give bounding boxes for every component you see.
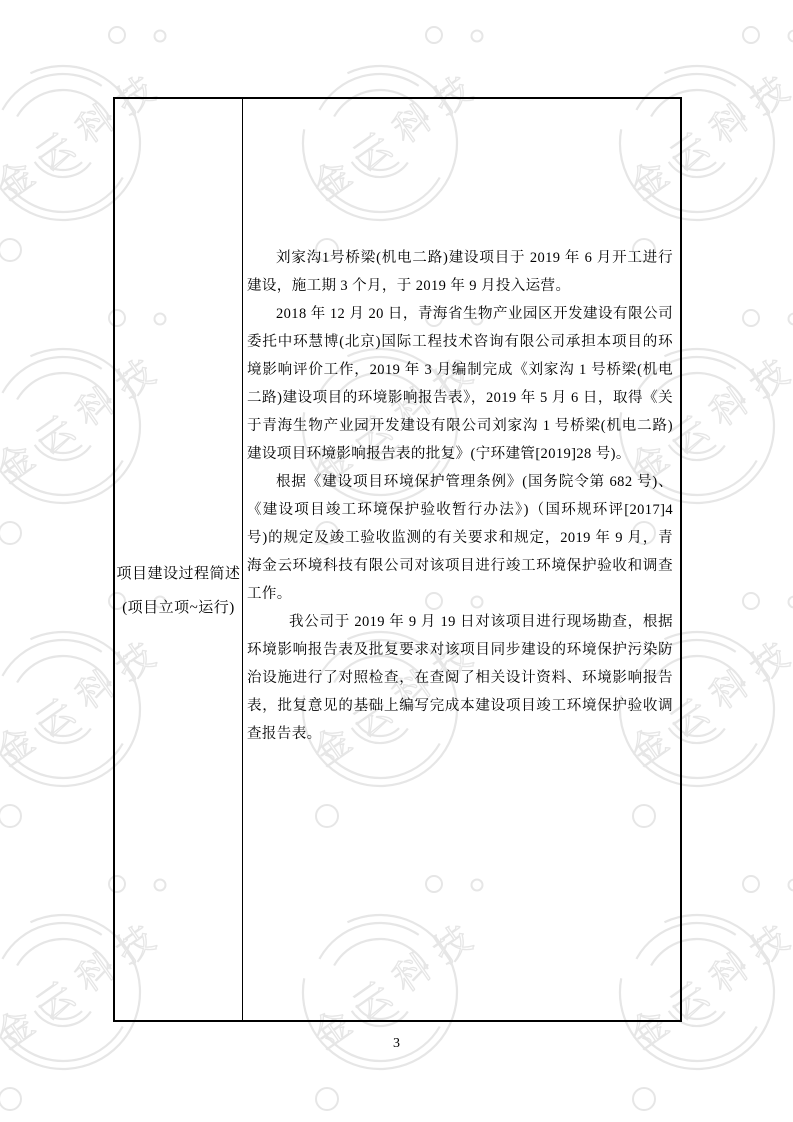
row-label-cell: 项目建设过程简述 (项目立项~运行): [115, 99, 243, 1020]
document-page: 金云科技 项目建设过程简述 (项目立项~运行) 刘家沟1号桥梁(机电二路)建: [0, 0, 793, 1122]
paragraph-regulation-basis: 根据《建设项目环境保护管理条例》(国务院令第 682 号)、《建设项目竣工环境保…: [247, 468, 673, 608]
paragraph-site-survey: 我公司于 2019 年 9 月 19 日对该项目进行现场勘查，根据环境影响报告表…: [247, 608, 673, 748]
report-table-row: 项目建设过程简述 (项目立项~运行) 刘家沟1号桥梁(机电二路)建设项目于 20…: [113, 97, 682, 1022]
paragraph-eia-history: 2018 年 12 月 20 日，青海省生物产业园区开发建设有限公司委托中环慧博…: [247, 300, 673, 468]
row-label-line2: (项目立项~运行): [122, 596, 235, 617]
paragraph-construction-timeline: 刘家沟1号桥梁(机电二路)建设项目于 2019 年 6 月开工进行建设，施工期 …: [247, 244, 673, 300]
row-label-line1: 项目建设过程简述: [116, 562, 240, 583]
page-number: 3: [0, 1036, 793, 1052]
content-layer: 项目建设过程简述 (项目立项~运行) 刘家沟1号桥梁(机电二路)建设项目于 20…: [0, 0, 793, 1122]
row-content-cell: 刘家沟1号桥梁(机电二路)建设项目于 2019 年 6 月开工进行建设，施工期 …: [243, 99, 680, 1020]
